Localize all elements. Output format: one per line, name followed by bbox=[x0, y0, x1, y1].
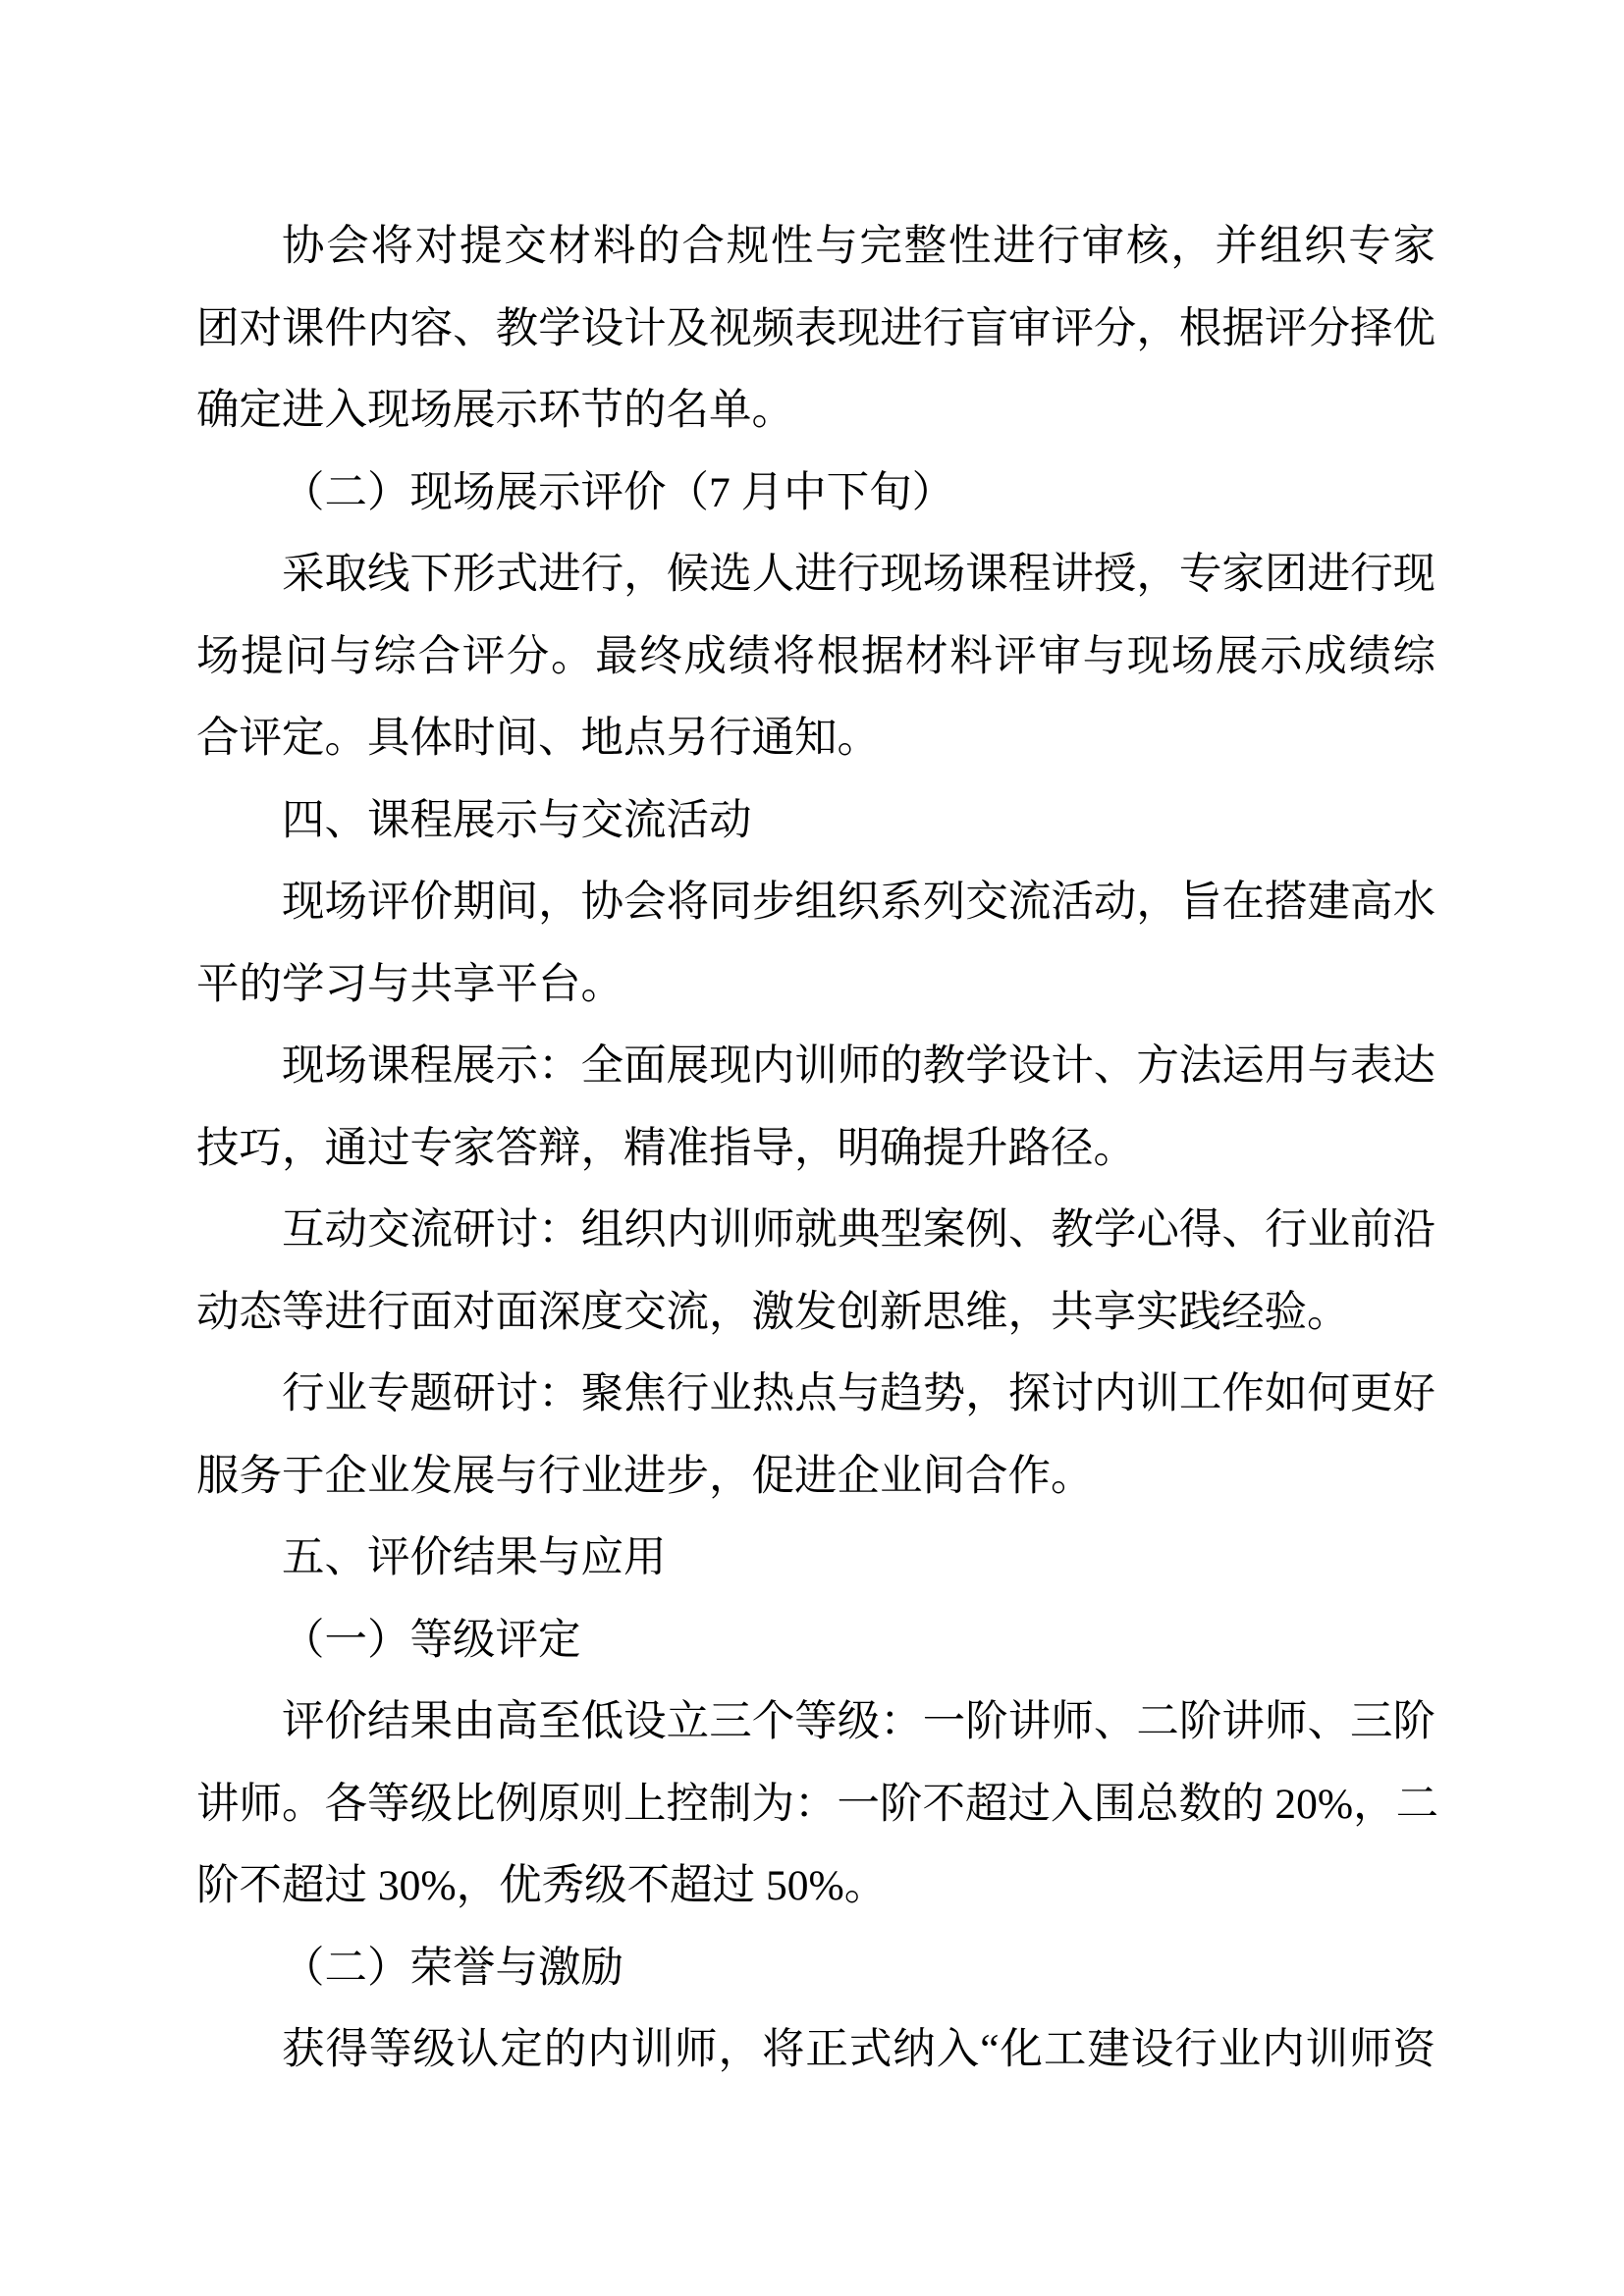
document-line: 合评定。具体时间、地点另行通知。 bbox=[196, 698, 1435, 780]
document-line: 五、评价结果与应用 bbox=[196, 1518, 1435, 1600]
paragraph-industry-seminar: 行业专题研讨：聚焦行业热点与趋势，探讨内训工作如何更好 服务于企业发展与行业进步… bbox=[196, 1354, 1435, 1518]
heading-onsite-evaluation: （二）现场展示评价（7 月中下旬） bbox=[196, 453, 1435, 535]
document-line: 评价结果由高至低设立三个等级：一阶讲师、二阶讲师、三阶 bbox=[196, 1682, 1435, 1764]
document-line: 场提问与综合评分。最终成绩将根据材料评审与现场展示成绩综 bbox=[196, 616, 1435, 699]
document-line: 互动交流研讨：组织内训师就典型案例、教学心得、行业前沿 bbox=[196, 1190, 1435, 1272]
heading-section-4-course-exchange: 四、课程展示与交流活动 bbox=[196, 780, 1435, 863]
document-line: 动态等进行面对面深度交流，激发创新思维，共享实践经验。 bbox=[196, 1272, 1435, 1355]
document-body-text: 协会将对提交材料的合规性与完整性进行审核，并组织专家 团对课件内容、教学设计及视… bbox=[196, 206, 1435, 2092]
document-line: 平的学习与共享平台。 bbox=[196, 944, 1435, 1027]
heading-grade-rating: （一）等级评定 bbox=[196, 1600, 1435, 1682]
heading-honor-incentive: （二）荣誉与激励 bbox=[196, 1928, 1435, 2010]
document-line: 获得等级认定的内训师，将正式纳入“化工建设行业内训师资 bbox=[196, 2009, 1435, 2092]
document-line: 四、课程展示与交流活动 bbox=[196, 780, 1435, 863]
paragraph-onsite-course-display: 现场课程展示：全面展现内训师的教学设计、方法运用与表达 技巧，通过专家答辩，精准… bbox=[196, 1026, 1435, 1190]
document-line: （一）等级评定 bbox=[196, 1600, 1435, 1682]
document-page: 协会将对提交材料的合规性与完整性进行审核，并组织专家 团对课件内容、教学设计及视… bbox=[0, 0, 1624, 2296]
document-line: 讲师。各等级比例原则上控制为：一阶不超过入围总数的 20%，二 bbox=[196, 1764, 1435, 1846]
document-line: 服务于企业发展与行业进步，促进企业间合作。 bbox=[196, 1436, 1435, 1519]
document-line: 协会将对提交材料的合规性与完整性进行审核，并组织专家 bbox=[196, 206, 1435, 289]
heading-section-5-results: 五、评价结果与应用 bbox=[196, 1518, 1435, 1600]
document-line: 采取线下形式进行，候选人进行现场课程讲授，专家团进行现 bbox=[196, 534, 1435, 616]
document-line: 行业专题研讨：聚焦行业热点与趋势，探讨内训工作如何更好 bbox=[196, 1354, 1435, 1436]
paragraph-honor-incentive: 获得等级认定的内训师，将正式纳入“化工建设行业内训师资 bbox=[196, 2009, 1435, 2092]
document-line: 技巧，通过专家答辩，精准指导，明确提升路径。 bbox=[196, 1108, 1435, 1191]
document-line: （二）荣誉与激励 bbox=[196, 1928, 1435, 2010]
document-line: 现场课程展示：全面展现内训师的教学设计、方法运用与表达 bbox=[196, 1026, 1435, 1108]
paragraph-onsite-evaluation: 采取线下形式进行，候选人进行现场课程讲授，专家团进行现 场提问与综合评分。最终成… bbox=[196, 534, 1435, 780]
paragraph-material-review: 协会将对提交材料的合规性与完整性进行审核，并组织专家 团对课件内容、教学设计及视… bbox=[196, 206, 1435, 453]
document-line: 团对课件内容、教学设计及视频表现进行盲审评分，根据评分择优 bbox=[196, 289, 1435, 371]
document-line: （二）现场展示评价（7 月中下旬） bbox=[196, 453, 1435, 535]
document-line: 现场评价期间，协会将同步组织系列交流活动，旨在搭建高水 bbox=[196, 862, 1435, 944]
paragraph-interactive-discussion: 互动交流研讨：组织内训师就典型案例、教学心得、行业前沿 动态等进行面对面深度交流… bbox=[196, 1190, 1435, 1354]
paragraph-exchange-intro: 现场评价期间，协会将同步组织系列交流活动，旨在搭建高水 平的学习与共享平台。 bbox=[196, 862, 1435, 1026]
paragraph-grade-rating: 评价结果由高至低设立三个等级：一阶讲师、二阶讲师、三阶 讲师。各等级比例原则上控… bbox=[196, 1682, 1435, 1928]
document-line: 确定进入现场展示环节的名单。 bbox=[196, 370, 1435, 453]
document-line: 阶不超过 30%，优秀级不超过 50%。 bbox=[196, 1845, 1435, 1928]
